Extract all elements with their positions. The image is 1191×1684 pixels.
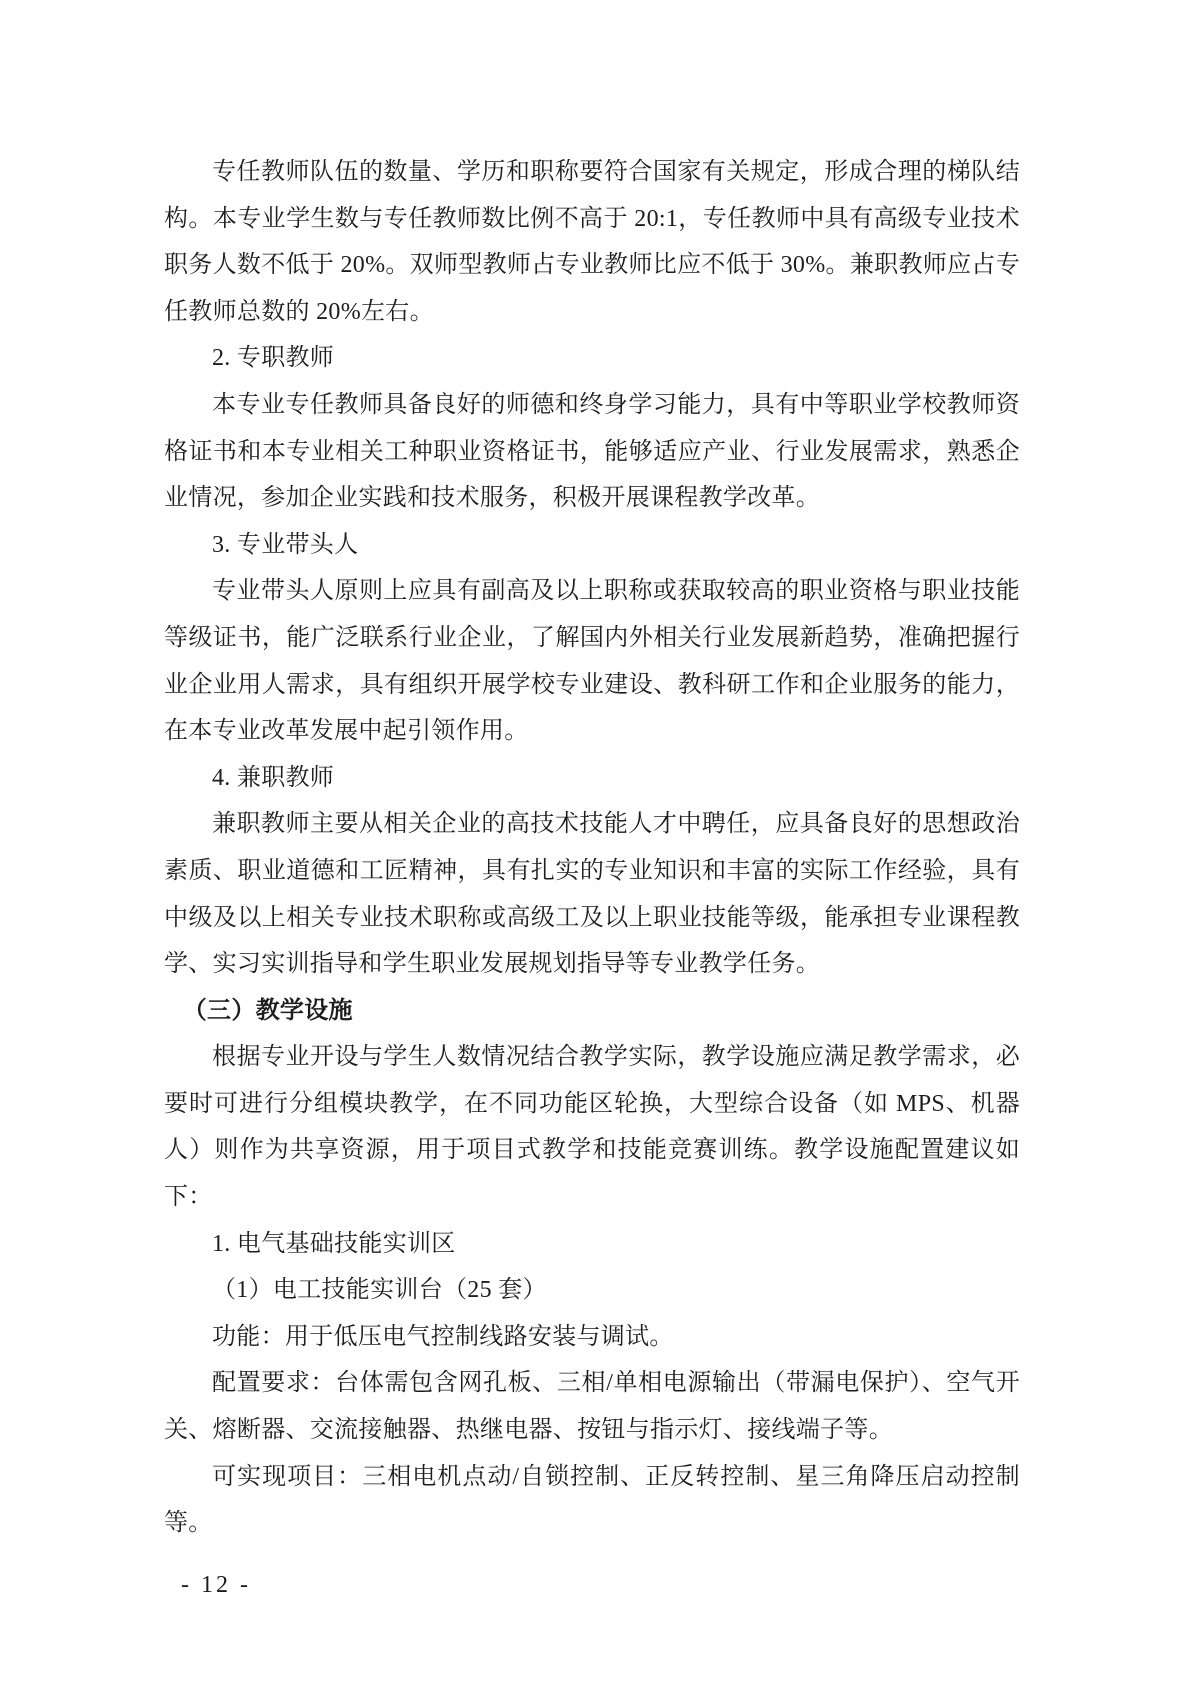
paragraph-bench-configuration: 配置要求：台体需包含网孔板、三相/单相电源输出（带漏电保护）、空气开关、熔断器、…	[164, 1360, 1020, 1453]
paragraph-full-time-teachers: 本专业专任教师具备良好的师德和终身学习能力，具有中等职业学校教师资格证书和本专业…	[164, 382, 1020, 522]
paragraph-bench-function: 功能：用于低压电气控制线路安装与调试。	[164, 1314, 1020, 1361]
paragraph-bench-projects: 可实现项目：三相电机点动/自锁控制、正反转控制、星三角降压启动控制等。	[164, 1454, 1020, 1547]
section-heading-teaching-facilities: （三）教学设施	[164, 988, 1020, 1035]
paragraph-part-time-teachers: 兼职教师主要从相关企业的高技术技能人才中聘任，应具备良好的思想政治素质、职业道德…	[164, 801, 1020, 987]
item-heading-program-leader: 3. 专业带头人	[164, 522, 1020, 569]
paragraph-program-leader: 专业带头人原则上应具有副高及以上职称或获取较高的职业资格与职业技能等级证书，能广…	[164, 568, 1020, 754]
item-heading-full-time-teachers: 2. 专职教师	[164, 335, 1020, 382]
item-heading-part-time-teachers: 4. 兼职教师	[164, 755, 1020, 802]
item-heading-electrician-training-bench: （1）电工技能实训台（25 套）	[164, 1267, 1020, 1314]
document-body: 专任教师队伍的数量、学历和职称要符合国家有关规定，形成合理的梯队结构。本专业学生…	[164, 149, 1020, 1547]
paragraph-staff-ratio: 专任教师队伍的数量、学历和职称要符合国家有关规定，形成合理的梯队结构。本专业学生…	[164, 149, 1020, 335]
page-number: - 12 -	[181, 1562, 251, 1609]
paragraph-facilities-overview: 根据专业开设与学生人数情况结合教学实际，教学设施应满足教学需求，必要时可进行分组…	[164, 1034, 1020, 1220]
document-page: 专任教师队伍的数量、学历和职称要符合国家有关规定，形成合理的梯队结构。本专业学生…	[0, 0, 1191, 1684]
item-heading-electrical-training-area: 1. 电气基础技能实训区	[164, 1221, 1020, 1268]
